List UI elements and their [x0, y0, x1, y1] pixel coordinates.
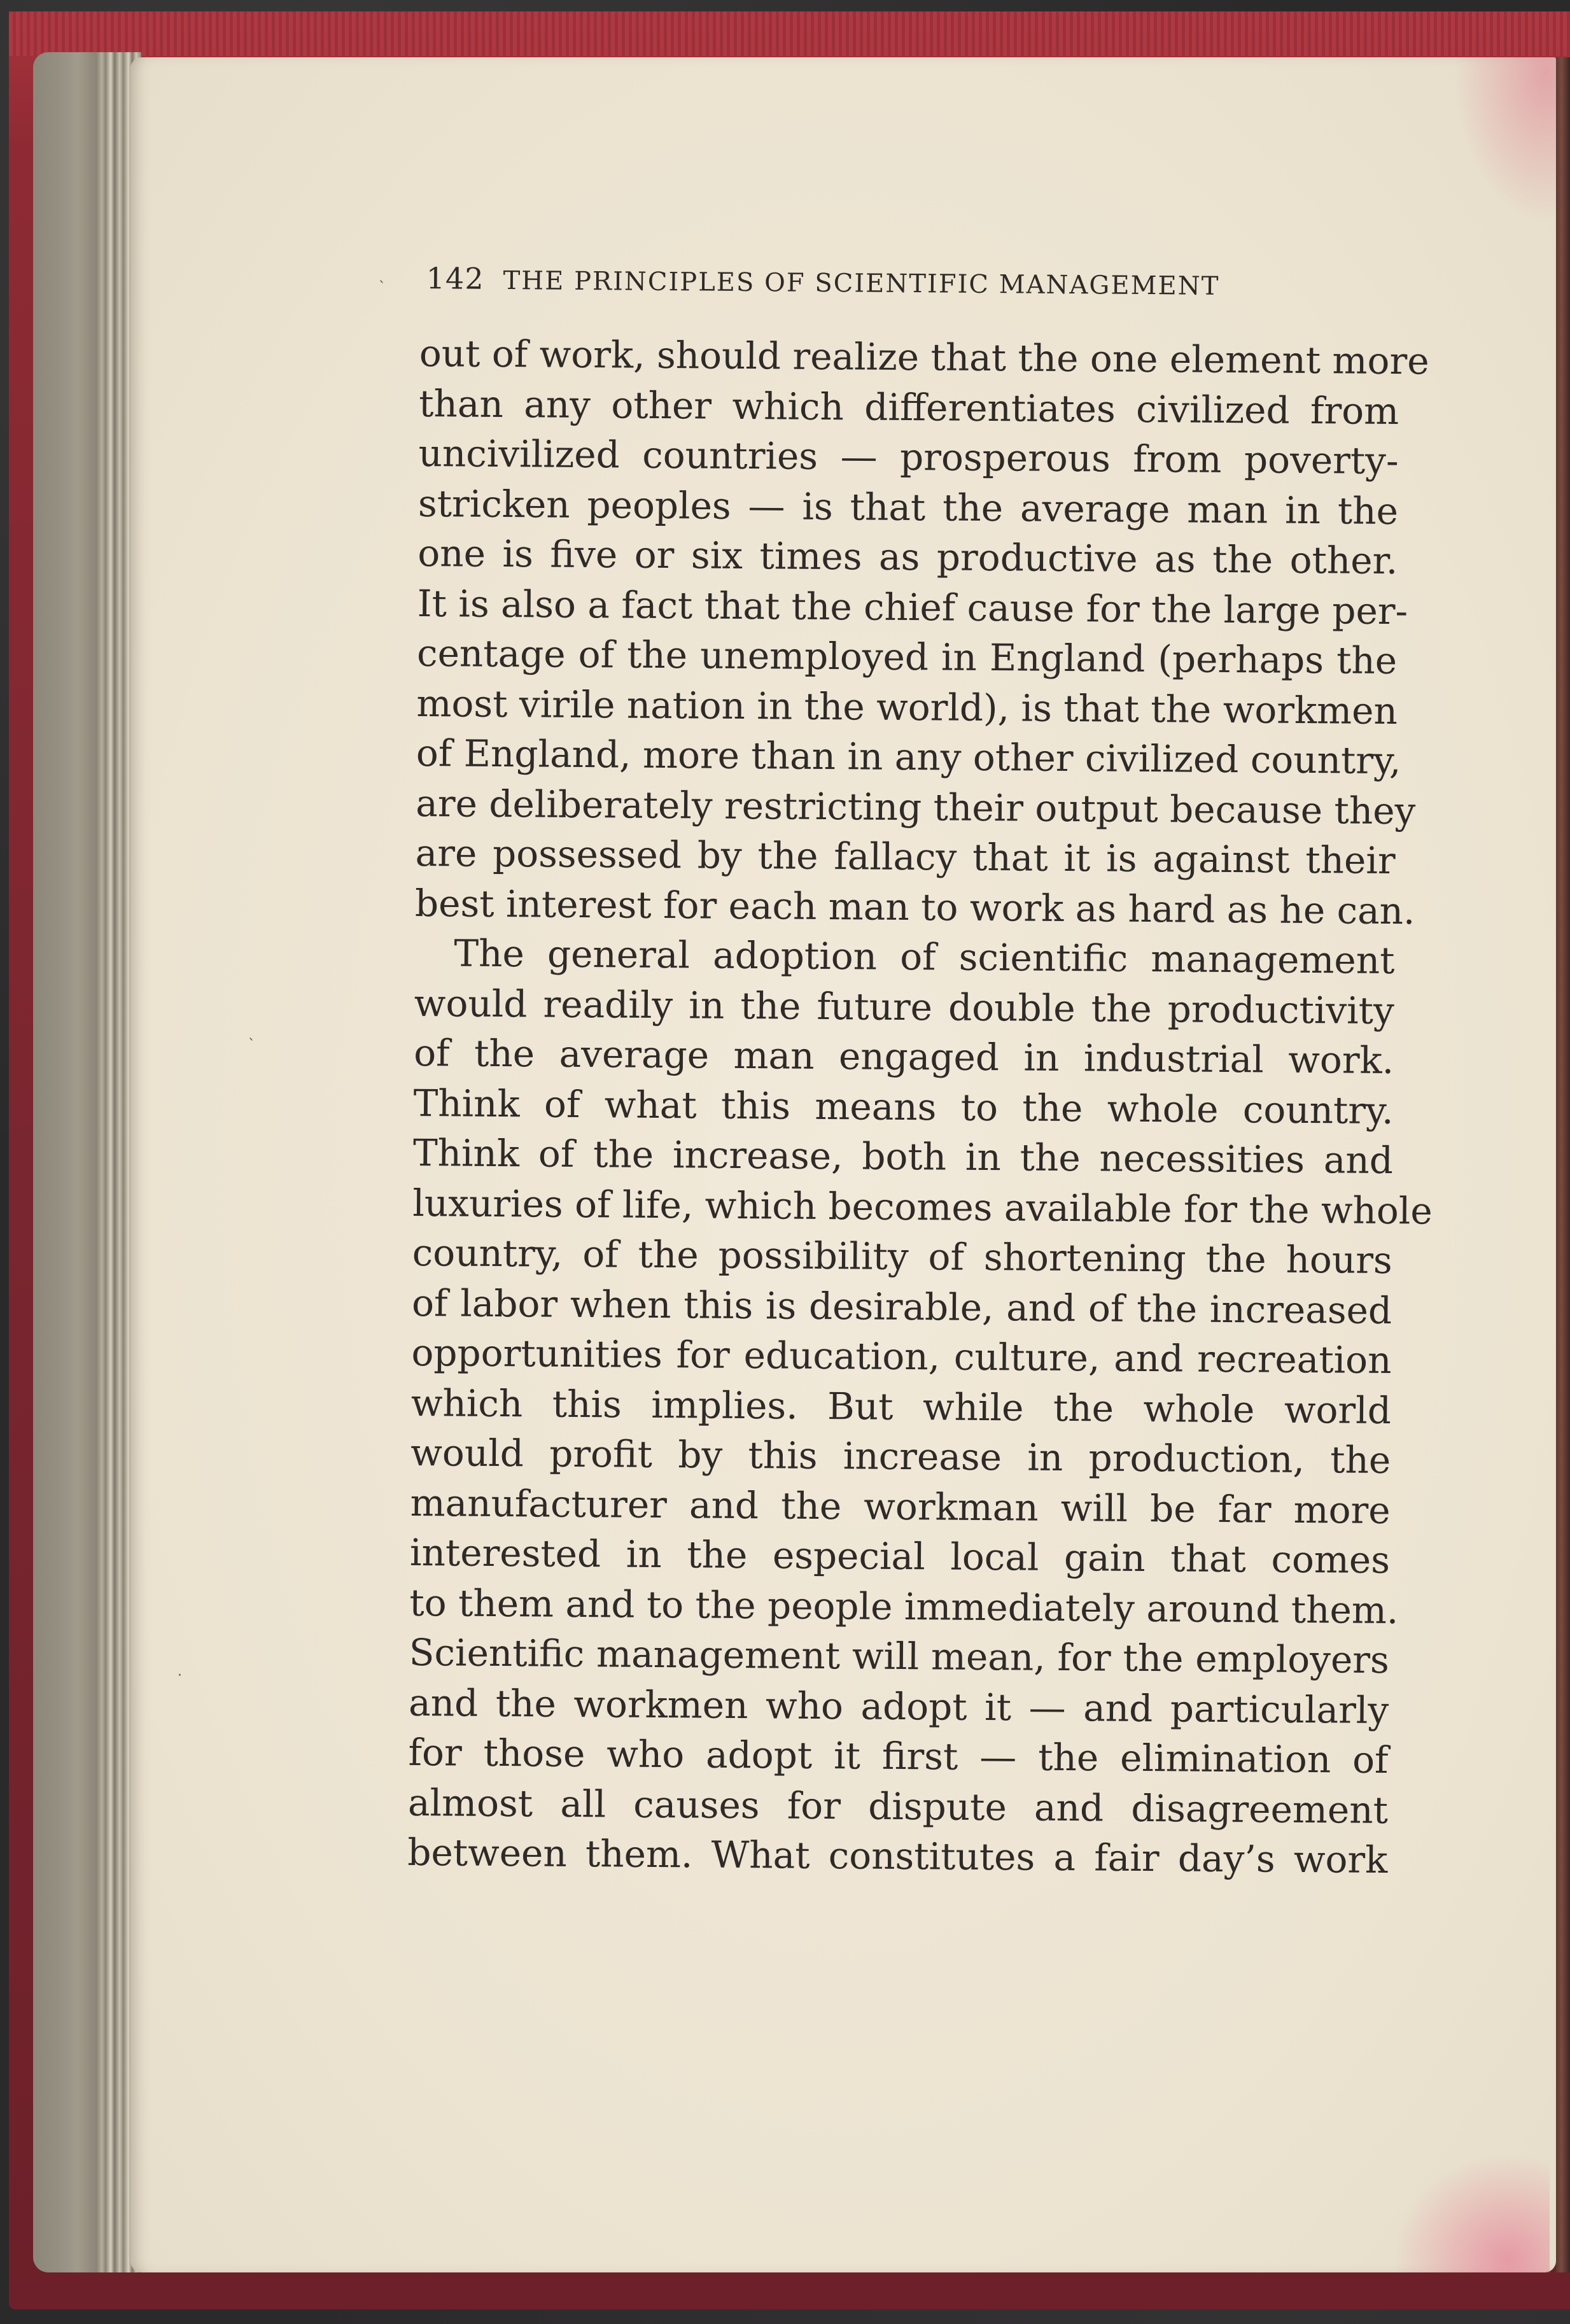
- page-number: 142: [426, 261, 484, 296]
- margin-speck: ˎ: [248, 1025, 255, 1041]
- text-line: for those who adopt it first — the elimi…: [408, 1728, 1389, 1785]
- margin-speck: ·: [178, 1668, 182, 1684]
- text-line: country, of the possibility of shortenin…: [412, 1228, 1392, 1286]
- text-line: are deliberately restricting their outpu…: [416, 778, 1396, 836]
- text-line: manufacturer and the workman will be far…: [410, 1477, 1391, 1535]
- text-line: uncivilized countries — prosperous from …: [418, 428, 1399, 486]
- text-line: opportunities for education, culture, an…: [411, 1328, 1392, 1386]
- text-line: Think of the increase, both in the neces…: [413, 1128, 1394, 1186]
- text-line: of the average man engaged in industrial…: [414, 1028, 1394, 1086]
- running-head-title: THE PRINCIPLES OF SCIENTIFIC MANAGEMENT: [503, 266, 1219, 301]
- page-stack-edge: [33, 52, 141, 2272]
- text-line: of labor when this is desirable, and of …: [412, 1278, 1392, 1335]
- text-line: to them and to the people immediately ar…: [409, 1577, 1390, 1635]
- text-line: of England, more than in any other civil…: [416, 728, 1397, 786]
- text-line: would profit by this increase in product…: [410, 1428, 1391, 1486]
- text-line: The general adoption of scientific manag…: [414, 928, 1395, 986]
- text-line: stricken peoples — is that the average m…: [418, 478, 1399, 536]
- text-line: between them. What constitutes a fair da…: [407, 1828, 1388, 1885]
- text-line: luxuries of life, which becomes availabl…: [412, 1178, 1393, 1236]
- text-line: which this implies. But while the whole …: [411, 1377, 1392, 1435]
- text-line: interested in the especial local gain th…: [410, 1528, 1391, 1586]
- text-line: and the workmen who adopt it — and parti…: [409, 1677, 1389, 1735]
- margin-tick-mark: ˎ: [379, 267, 386, 283]
- binding-right-edge: [1556, 57, 1570, 2272]
- text-line: than any other which differentiates civi…: [419, 378, 1399, 436]
- text-line: are possessed by the fallacy that it is …: [415, 828, 1396, 886]
- pink-stain-bottom: [1384, 2145, 1550, 2272]
- text-line: one is five or six times as productive a…: [417, 528, 1398, 586]
- text-block: 142 THE PRINCIPLES OF SCIENTIFIC MANAGEM…: [407, 261, 1413, 1885]
- text-line: Scientific management will mean, for the…: [409, 1628, 1390, 1686]
- paragraph-2: The general adoption of scientific manag…: [407, 928, 1408, 1885]
- text-line: Think of what this means to the whole co…: [413, 1078, 1394, 1136]
- text-line: out of work, should realize that the one…: [419, 328, 1400, 386]
- text-line: best interest for each man to work as ha…: [415, 878, 1396, 936]
- text-line: centage of the unemployed in England (pe…: [417, 628, 1398, 686]
- book-page: ˎ ˎ · 142 THE PRINCIPLES OF SCIENTIFIC M…: [130, 57, 1556, 2272]
- running-head: 142 THE PRINCIPLES OF SCIENTIFIC MANAGEM…: [426, 261, 1413, 303]
- pink-stain-top: [1454, 57, 1556, 223]
- text-line: It is also a fact that the chief cause f…: [417, 578, 1398, 636]
- text-line: almost all causes for dispute and disagr…: [408, 1777, 1389, 1835]
- book-scan: ˎ ˎ · 142 THE PRINCIPLES OF SCIENTIFIC M…: [0, 0, 1570, 2324]
- paragraph-1: out of work, should realize that the one…: [415, 328, 1412, 936]
- text-line: would readily in the future double the p…: [414, 978, 1395, 1036]
- binding-frayed-edge: [9, 11, 1570, 56]
- text-line: most virile nation in the world), is tha…: [416, 678, 1397, 736]
